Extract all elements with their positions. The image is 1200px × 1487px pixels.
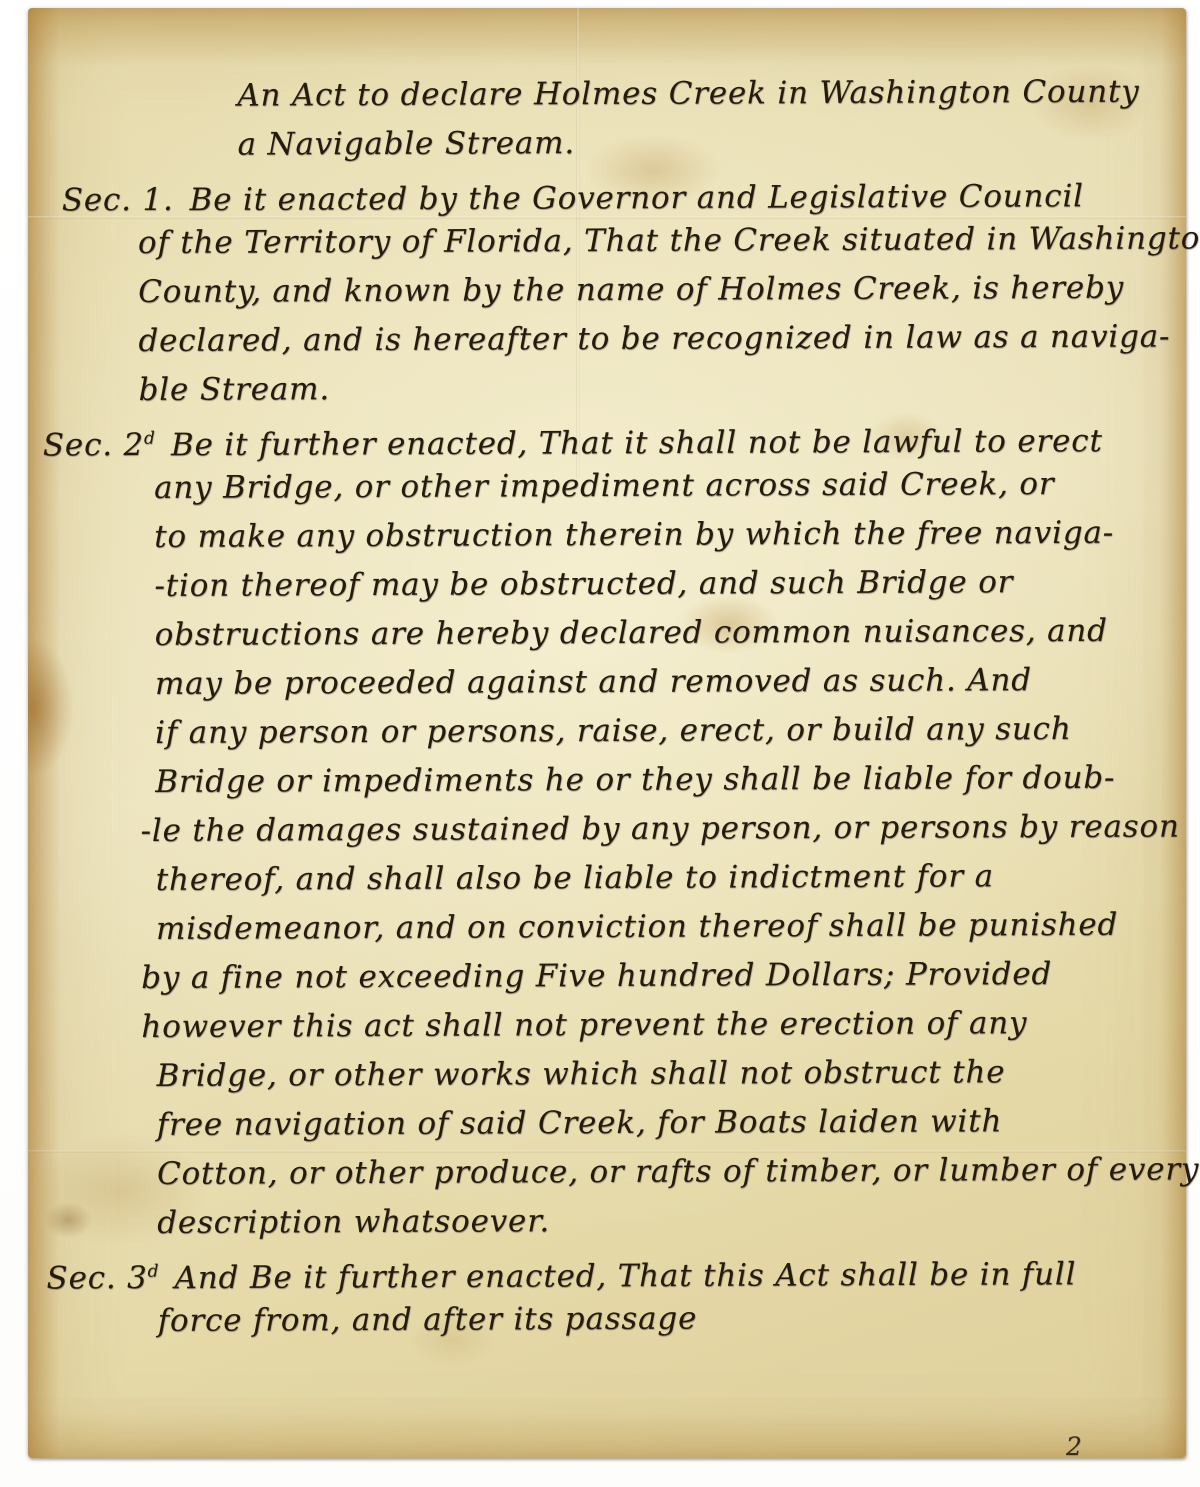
manuscript-line: County, and known by the name of Holmes …	[138, 263, 1178, 317]
manuscript-line: to make any obstruction therein by which…	[154, 508, 1179, 561]
manuscript-line: free navigation of said Creek, for Boats…	[157, 1096, 1182, 1149]
manuscript-line: declared, and is hereafter to be recogni…	[138, 312, 1178, 366]
section-3-label-superscript: d	[148, 1262, 159, 1282]
document-title-line-2: a Navigable Stream.	[237, 116, 1177, 169]
section-3-opening-text: And Be it further enacted, That this Act…	[175, 1256, 1077, 1296]
section-1-opening-text: Be it enacted by the Governor and Legisl…	[190, 178, 1084, 218]
manuscript-line: however this act shall not prevent the e…	[141, 998, 1181, 1052]
manuscript-line: description whatsoever.	[157, 1194, 1182, 1247]
section-3-label: Sec. 3d	[46, 1260, 158, 1296]
manuscript-line: Bridge, or other works which shall not o…	[157, 1047, 1182, 1100]
manuscript-line: of the Territory of Florida, That the Cr…	[138, 214, 1178, 268]
section-3-opening-line: Sec. 3dAnd Be it further enacted, That t…	[46, 1243, 1182, 1297]
section-1-label: Sec. 1.	[62, 182, 174, 218]
manuscript-line: ble Stream.	[139, 361, 1179, 415]
manuscript-page: An Act to declare Holmes Creek in Washin…	[28, 8, 1186, 1458]
section-2-opening-text: Be it further enacted, That it shall not…	[171, 423, 1103, 463]
section-1-opening-line: Sec. 1.Be it enacted by the Governor and…	[62, 165, 1178, 219]
manuscript-line: may be proceeded against and removed as …	[155, 655, 1180, 708]
manuscript-line: any Bridge, or other impediment across s…	[154, 459, 1179, 512]
document-title-line-1: An Act to declare Holmes Creek in Washin…	[237, 67, 1177, 120]
manuscript-line: obstructions are hereby declared common …	[155, 606, 1180, 659]
manuscript-line: misdemeanor, and on conviction thereof s…	[156, 900, 1181, 953]
manuscript-line: if any person or persons, raise, erect, …	[155, 704, 1180, 757]
manuscript-line: by a fine not exceeding Five hundred Dol…	[141, 949, 1181, 1003]
manuscript-line: -le the damages sustained by any person,…	[140, 802, 1180, 856]
section-2-opening-line: Sec. 2dBe it further enacted, That it sh…	[43, 410, 1179, 464]
scan-background: An Act to declare Holmes Creek in Washin…	[0, 0, 1200, 1487]
manuscript-line: Bridge or impediments he or they shall b…	[155, 753, 1180, 806]
manuscript-line: force from, and after its passage	[158, 1292, 1183, 1345]
manuscript-line: -tion thereof may be obstructed, and suc…	[154, 557, 1179, 610]
manuscript-line: Cotton, or other produce, or rafts of ti…	[157, 1145, 1182, 1198]
manuscript-text: An Act to declare Holmes Creek in Washin…	[25, 67, 1183, 1346]
page-number: 2	[1066, 1432, 1082, 1461]
section-2-label: Sec. 2d	[43, 427, 155, 463]
manuscript-line: thereof, and shall also be liable to ind…	[156, 851, 1181, 904]
section-2-label-superscript: d	[144, 429, 155, 449]
